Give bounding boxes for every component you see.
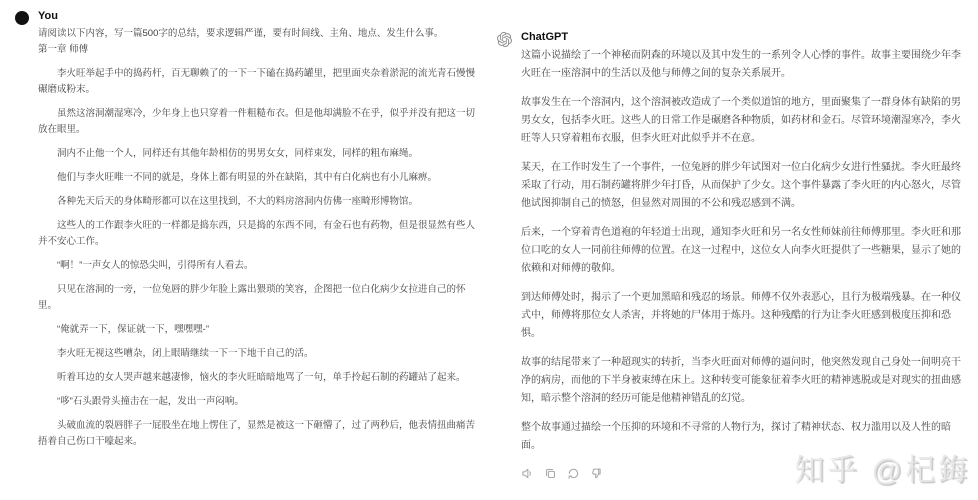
- user-paragraph: 虽然这溶洞潮湿寒冷，少年身上也只穿着一件粗糙布衣。但是他却满脸不在乎，似乎并没有…: [38, 106, 476, 138]
- user-avatar: [15, 11, 29, 25]
- user-message: You 请阅读以下内容，写一篇500字的总结，要求逻辑严谨，要有时间线、主角、地…: [0, 0, 489, 458]
- user-paragraph: “俺就弄一下，保证就一下，嘿嘿嘿-”: [38, 322, 476, 338]
- user-paragraph: 只见在溶洞的一旁，一位兔唇的胖少年脸上露出猥琐的笑容，企图把一位白化病少女拉进自…: [38, 282, 476, 314]
- message-actions-toolbar: [521, 466, 965, 480]
- assistant-author-name: ChatGPT: [521, 30, 965, 44]
- assistant-paragraph: 后来，一个穿着青色道袍的年轻道士出现，通知李火旺和另一名女性师妹前往师傅那里。李…: [521, 224, 965, 278]
- assistant-paragraph: 故事的结尾带来了一种超现实的转折，当李火旺面对师傅的逼问时，他突然发现自己身处一…: [521, 354, 965, 408]
- user-message-content: You 请阅读以下内容，写一篇500字的总结，要求逻辑严谨，要有时间线、主角、地…: [38, 9, 489, 458]
- assistant-paragraph: 某天，在工作时发生了一个事件，一位兔唇的胖少年试图对一位白化病少女进行性骚扰。李…: [521, 159, 965, 213]
- regenerate-button[interactable]: [567, 466, 581, 480]
- user-intro: 请阅读以下内容，写一篇500字的总结，要求逻辑严谨，要有时间线、主角、地点、发生…: [38, 26, 476, 58]
- user-paragraph: 洞内不止他一个人，同样还有其他年龄相仿的男男女女，同样束发，同样的粗布麻绳。: [38, 146, 476, 162]
- user-paragraph: 各种先天后天的身体畸形都可以在这里找到，不大的料房溶洞内仿佛一座畸形博物馆。: [38, 194, 476, 210]
- user-intro-line-1: 请阅读以下内容，写一篇500字的总结，要求逻辑严谨，要有时间线、主角、地点、发生…: [38, 26, 476, 42]
- user-paragraph: 这些人的工作跟李火旺的一样都是捣东西，只是捣的东西不同，有金石也有药物，但是很显…: [38, 218, 476, 250]
- copy-icon: [544, 467, 557, 480]
- user-paragraph: 李火旺无视这些嘈杂，闭上眼睛继续一下一下地干自己的活。: [38, 346, 476, 362]
- chat-conversation: You 请阅读以下内容，写一篇500字的总结，要求逻辑严谨，要有时间线、主角、地…: [0, 0, 978, 500]
- assistant-paragraph: 故事发生在一个溶洞内，这个溶洞被改造成了一个类似道馆的地方，里面聚集了一群身体有…: [521, 94, 965, 148]
- assistant-avatar: [497, 32, 512, 46]
- user-intro-line-2: 第一章 师傅: [38, 42, 476, 58]
- copy-button[interactable]: [544, 466, 558, 480]
- user-paragraph: 头破血流的裂唇胖子一屁股坐在地上愣住了，显然是被这一下砸懵了，过了两秒后，他表情…: [38, 418, 476, 450]
- assistant-paragraph: 到达师傅处时，揭示了一个更加黑暗和残忍的场景。师傅不仅外表恶心，且行为极端残暴。…: [521, 289, 965, 343]
- user-message-column: You 请阅读以下内容，写一篇500字的总结，要求逻辑严谨，要有时间线、主角、地…: [0, 0, 489, 500]
- assistant-paragraph: 整个故事通过描绘一个压抑的环境和不寻常的人物行为，探讨了精神状态、权力滥用以及人…: [521, 419, 965, 455]
- assistant-message-content: ChatGPT 这篇小说描绘了一个神秘而阴森的环境以及其中发生的一系列令人心悸的…: [521, 30, 978, 480]
- assistant-message-column: ChatGPT 这篇小说描绘了一个神秘而阴森的环境以及其中发生的一系列令人心悸的…: [489, 0, 978, 500]
- read-aloud-button[interactable]: [521, 466, 535, 480]
- user-avatar-icon: [15, 11, 29, 25]
- assistant-paragraph: 这篇小说描绘了一个神秘而阴森的环境以及其中发生的一系列令人心悸的事件。故事主要围…: [521, 47, 965, 83]
- user-paragraph: 听着耳边的女人哭声越来越凄惨，恼火的李火旺暗暗地骂了一句，单手拎起石制的药罐站了…: [38, 370, 476, 386]
- user-paragraph: “啊！”一声女人的惊恐尖叫，引得所有人看去。: [38, 258, 476, 274]
- thumbs-down-icon: [590, 467, 603, 480]
- user-paragraph: 他们与李火旺唯一不同的就是，身体上都有明显的外在缺陷，其中有白化病也有小儿麻痹。: [38, 170, 476, 186]
- user-author-name: You: [38, 9, 476, 23]
- assistant-message: ChatGPT 这篇小说描绘了一个神秘而阴森的环境以及其中发生的一系列令人心悸的…: [489, 0, 978, 480]
- speaker-icon: [521, 467, 534, 480]
- regenerate-icon: [567, 467, 580, 480]
- user-paragraph: “哆”石头跟骨头撞击在一起，发出一声闷响。: [38, 394, 476, 410]
- user-paragraph: 李火旺举起手中的捣药杆，百无聊赖了的一下一下磕在捣药罐里，把里面夹杂着淤泥的流光…: [38, 66, 476, 98]
- bad-response-button[interactable]: [590, 466, 604, 480]
- openai-logo-icon: [497, 32, 512, 47]
